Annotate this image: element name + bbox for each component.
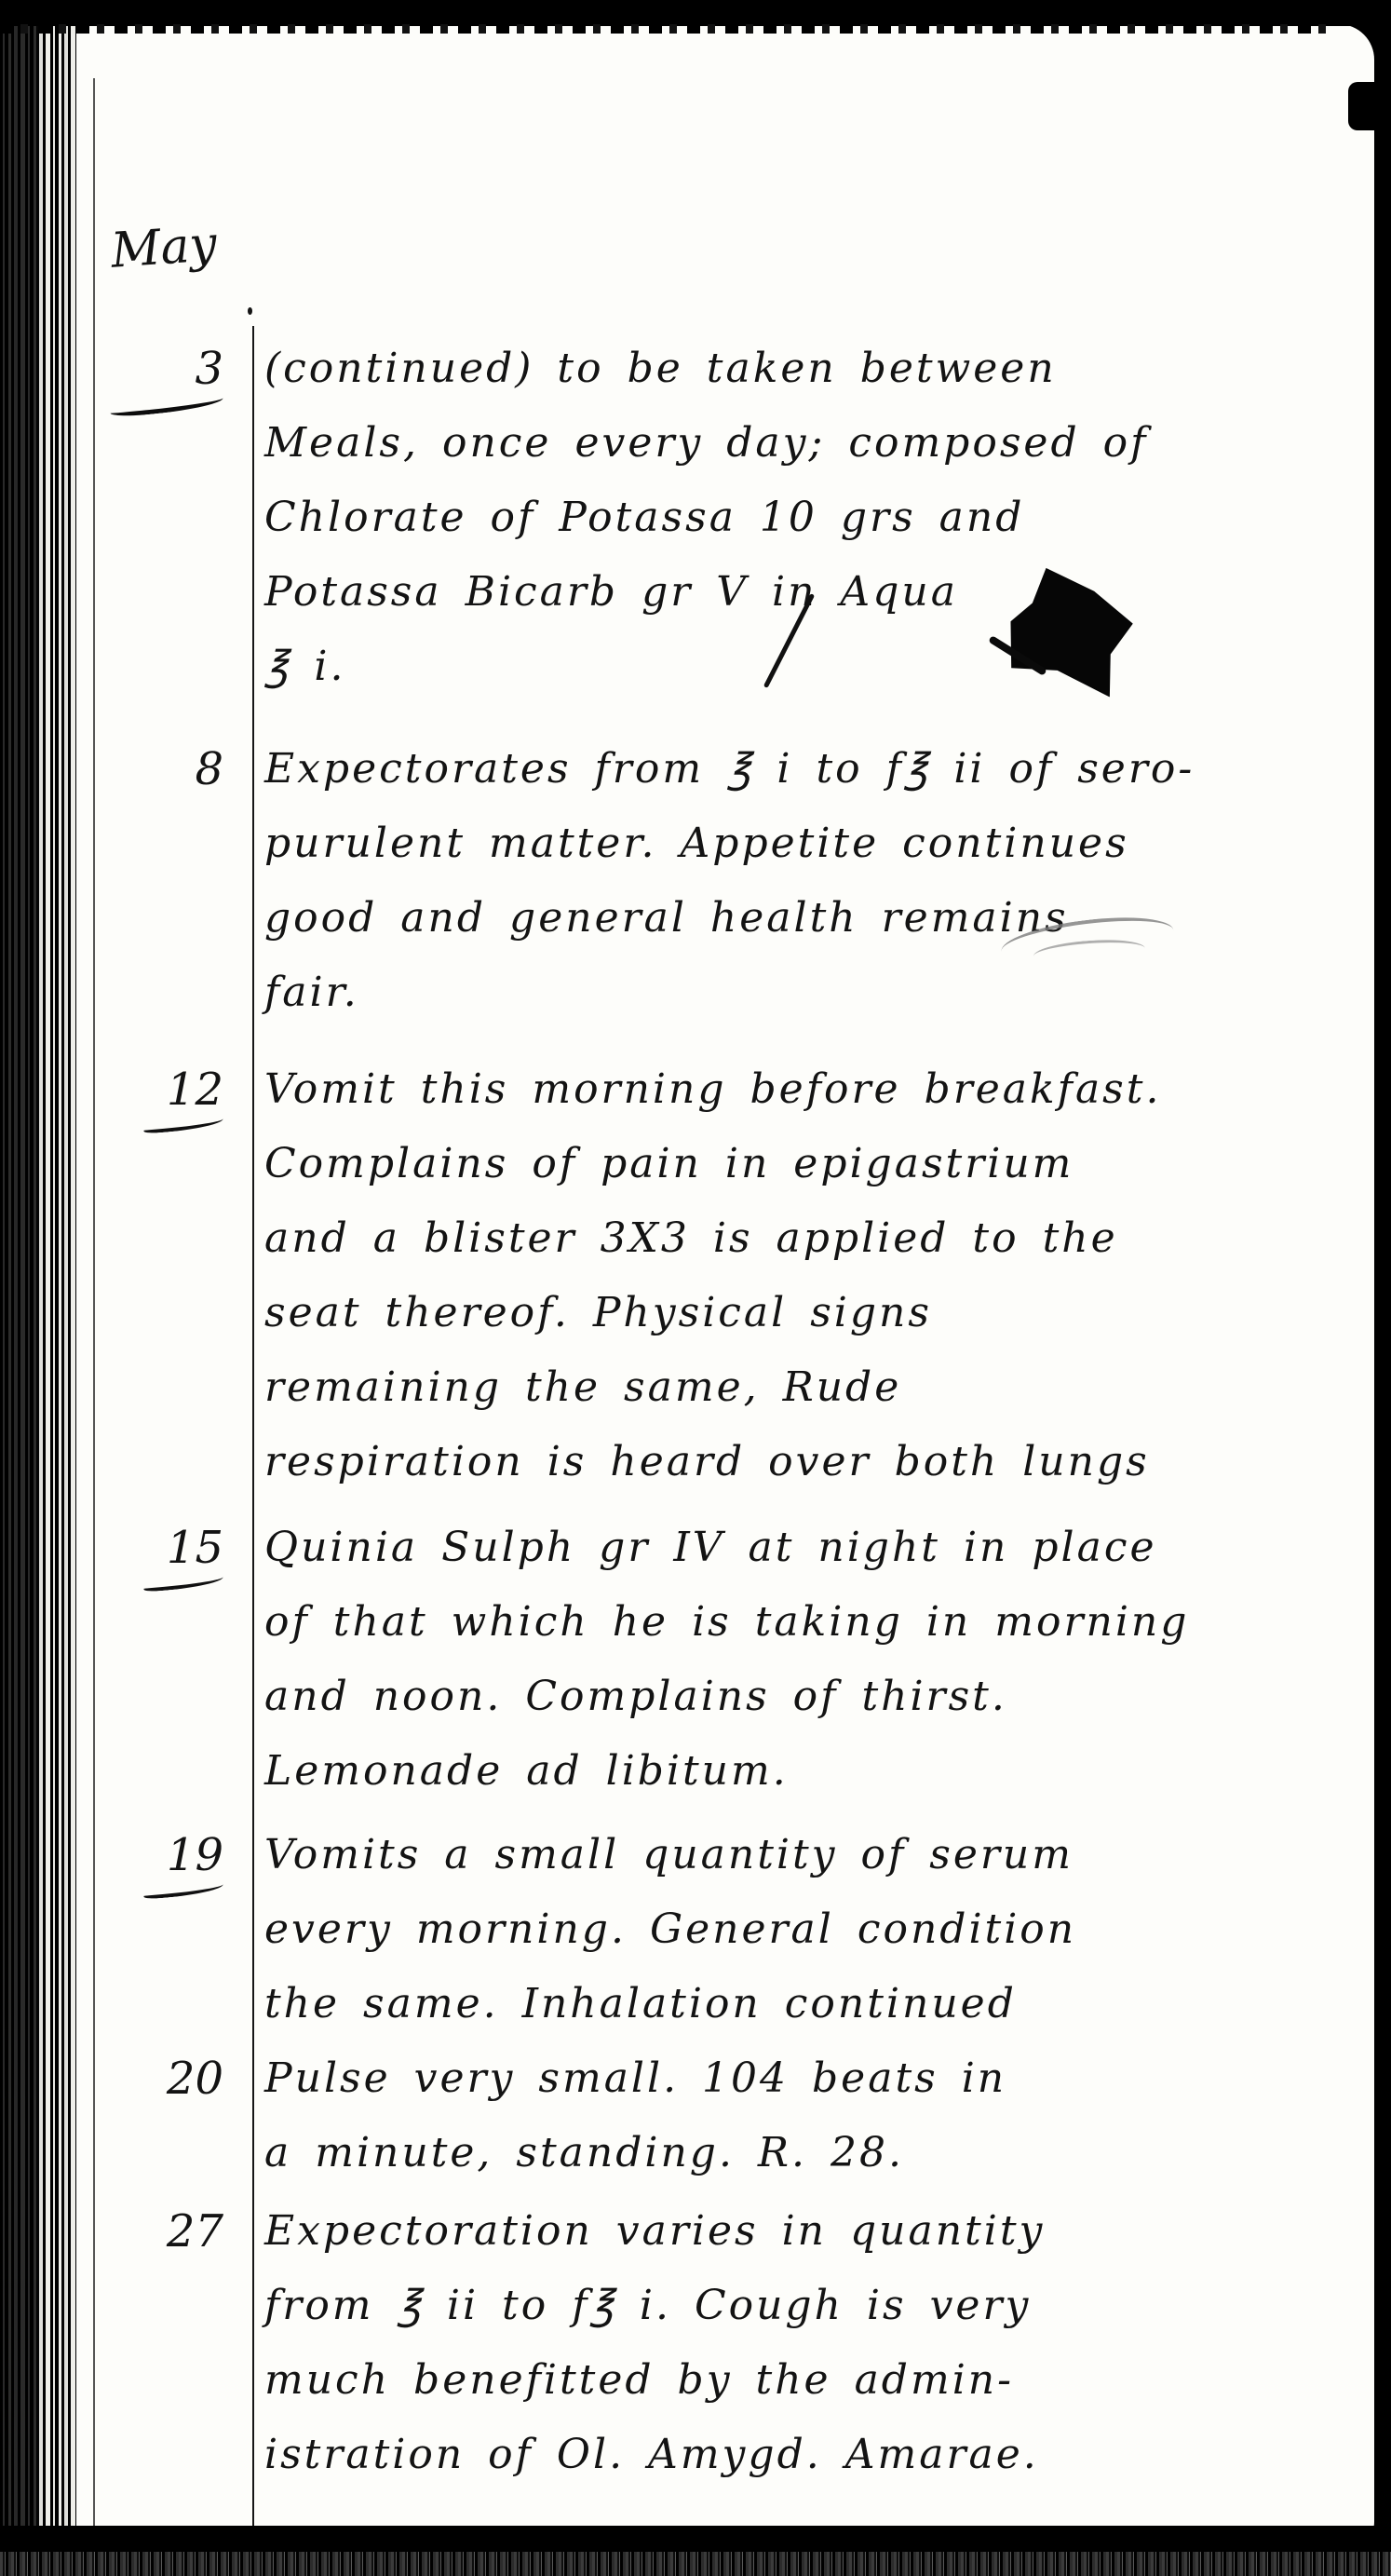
entry-text: Expectoration varies in quantity from ℥ … [264, 2194, 1365, 2492]
entry-text-line: every morning. General condition [264, 1892, 1365, 1967]
entry-text-line: good and general health remains [264, 881, 1365, 956]
margin-rule-dot [248, 307, 252, 315]
entry-text-line: Complains of pain in epigastrium [264, 1127, 1365, 1201]
entry-text-line: ℥ i. [264, 630, 1365, 704]
entry-text-line: Meals, once every day; composed of [264, 406, 1365, 481]
journal-entry-may-27: 27 Expectoration varies in quantity from… [0, 2194, 1365, 2492]
entry-text: (continued) to be taken between Meals, o… [264, 332, 1365, 704]
entry-text-line: istration of Ol. Amygd. Amarae. [264, 2418, 1365, 2492]
entry-text-line: seat thereof. Physical signs [264, 1276, 1365, 1350]
month-label: May [88, 214, 240, 280]
scan-border-top-noise [0, 24, 1335, 34]
entry-day-number: 20 [0, 2041, 250, 2116]
journal-entry-may-8: 8 Expectorates from ℥ i to f℥ ii of sero… [0, 732, 1365, 1030]
entry-text-line: remaining the same, Rude [264, 1350, 1365, 1425]
journal-entry-may-3: 3 (continued) to be taken between Meals,… [0, 332, 1365, 704]
entry-text-line: the same. Inhalation continued [264, 1967, 1365, 2041]
entry-text-line: Chlorate of Potassa 10 grs and [264, 481, 1365, 555]
entry-text-line: of that which he is taking in morning [264, 1585, 1365, 1660]
entry-text-line: and a blister 3X3 is applied to the [264, 1201, 1365, 1276]
entry-text-line: purulent matter. Appetite continues [264, 807, 1365, 881]
entry-text-line: Pulse very small. 104 beats in [264, 2041, 1365, 2116]
entry-text-line: Vomits a small quantity of serum [264, 1818, 1365, 1892]
journal-entry-may-19: 19 Vomits a small quantity of serum ever… [0, 1818, 1365, 2041]
entry-day-number: 12 [0, 1052, 250, 1131]
entry-text: Vomit this morning before breakfast. Com… [264, 1052, 1365, 1499]
entry-text-line: from ℥ ii to f℥ i. Cough is very [264, 2269, 1365, 2343]
entry-text: Vomits a small quantity of serum every m… [264, 1818, 1365, 2041]
entry-text-line: and noon. Complains of thirst. [264, 1660, 1365, 1734]
journal-entry-may-20: 20 Pulse very small. 104 beats in a minu… [0, 2041, 1365, 2190]
journal-entry-may-12: 12 Vomit this morning before breakfast. … [0, 1052, 1365, 1499]
entry-day-number: 27 [0, 2194, 250, 2269]
entry-text-line: (continued) to be taken between [264, 332, 1365, 406]
scan-border-bottom-noise [0, 2552, 1391, 2576]
scan-border-right-mark [1348, 82, 1391, 130]
entry-text-line: a minute, standing. R. 28. [264, 2116, 1365, 2190]
entry-text: Pulse very small. 104 beats in a minute,… [264, 2041, 1365, 2190]
entry-text-line: respiration is heard over both lungs [264, 1425, 1365, 1499]
entry-text-line: Expectorates from ℥ i to f℥ ii of sero- [264, 732, 1365, 807]
entry-text-line: Vomit this morning before breakfast. [264, 1052, 1365, 1127]
entry-text-line: Quinia Sulph gr IV at night in place [264, 1511, 1365, 1585]
entry-text-line: fair. [264, 956, 1365, 1030]
scanned-journal-page: May 3 (continued) to be taken between Me… [0, 0, 1391, 2576]
scan-border-top [0, 0, 1391, 26]
entry-text: Quinia Sulph gr IV at night in place of … [264, 1511, 1365, 1809]
entry-text-line: much benefitted by the admin- [264, 2343, 1365, 2418]
journal-entries: 3 (continued) to be taken between Meals,… [0, 332, 1365, 2492]
entry-day-number: 15 [0, 1511, 250, 1589]
entry-text-line: Lemonade ad libitum. [264, 1734, 1365, 1809]
scan-border-bottom [0, 2526, 1391, 2554]
entry-text: Expectorates from ℥ i to f℥ ii of sero- … [264, 732, 1365, 1030]
entry-day-number: 8 [0, 732, 250, 807]
entry-day-number: 19 [0, 1818, 250, 1896]
entry-day-number: 3 [0, 332, 250, 413]
entry-text-line: Potassa Bicarb gr V in Aqua [264, 555, 1365, 630]
journal-entry-may-15: 15 Quinia Sulph gr IV at night in place … [0, 1511, 1365, 1809]
entry-text-line: Expectoration varies in quantity [264, 2194, 1365, 2269]
